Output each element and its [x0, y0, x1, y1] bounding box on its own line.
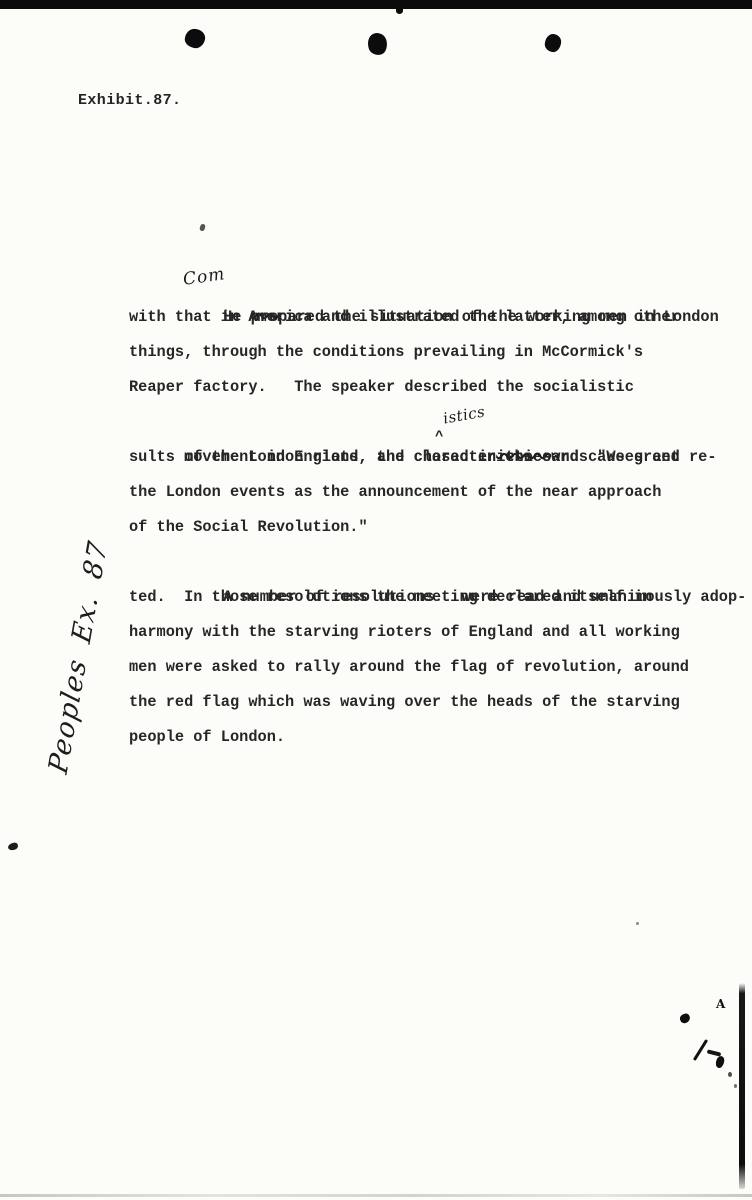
scan-edge-top	[0, 0, 752, 9]
ink-speck	[636, 922, 639, 925]
ink-streak	[693, 1039, 708, 1061]
text-line: the London events as the announcement of…	[129, 475, 709, 510]
handwritten-correction: Com	[182, 266, 226, 289]
text-line: people of London.	[129, 720, 709, 755]
corner-mark-a: A	[716, 997, 725, 1011]
typed-text-block: He prepared the situation of the working…	[129, 265, 709, 755]
ink-speck	[199, 223, 206, 231]
ink-speck	[728, 1072, 732, 1077]
scan-edge-bottom	[0, 1194, 752, 1197]
handwritten-correction: istics	[442, 404, 486, 426]
text-line: with that in America and illustrated the…	[129, 300, 709, 335]
scan-edge-right	[739, 983, 745, 1189]
margin-note-handwritten: Peoples Ex. 87	[42, 530, 122, 787]
ink-speck	[734, 1084, 737, 1088]
ink-dot-2	[366, 31, 389, 56]
text-line: Reaper factory. The speaker described th…	[129, 370, 709, 405]
ink-speck	[7, 842, 18, 851]
text-line: of the Social Revolution."	[129, 510, 709, 545]
text-line: ted. In those resolutions the meeting de…	[129, 580, 709, 615]
text-line: things, through the conditions prevailin…	[129, 335, 709, 370]
text-line: sults of the London riots, and closed in…	[129, 440, 709, 475]
scan-edge-notch	[396, 8, 403, 14]
exhibit-label: Exhibit.87.	[78, 92, 181, 109]
scanned-document-page: Exhibit.87. He prepared the situation of…	[0, 0, 752, 1200]
text-line: harmony with the starving rioters of Eng…	[129, 615, 709, 650]
text-line: the red flag which was waving over the h…	[129, 685, 709, 720]
text-line: He prepared the situation of the working…	[129, 265, 709, 300]
ink-blob	[679, 1013, 691, 1025]
ink-dot-1	[184, 27, 207, 49]
text-line: movement in England, the characterieties…	[129, 405, 709, 440]
text-line: A number of resolutions.. were read and …	[129, 545, 709, 580]
text-line: men were asked to rally around the flag …	[129, 650, 709, 685]
ink-dot-3	[544, 33, 562, 53]
ink-streak	[714, 1055, 726, 1069]
